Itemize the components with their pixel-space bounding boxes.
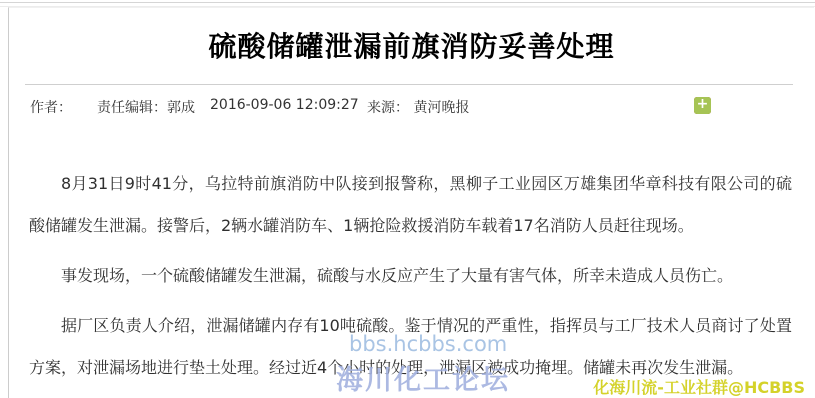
article-title: 硫酸储罐泄漏前旗消防妥善处理 — [19, 31, 804, 63]
article-meta-bar: 作者： 责任编辑：郭成 2016-09-06 12:09:27 来源： 黄河晚报… — [9, 97, 814, 117]
top-divider-line — [0, 2, 815, 3]
article-container: 硫酸储罐泄漏前旗消防妥善处理 作者： 责任编辑：郭成 2016-09-06 12… — [8, 7, 814, 398]
more-share-icon[interactable]: + — [694, 97, 711, 114]
paragraph: 据厂区负责人介绍，泄漏储罐内存有10吨硫酸。鉴于情况的严重性，指挥员与工厂技术人… — [29, 305, 792, 389]
publish-datetime: 2016-09-06 12:09:27 — [210, 97, 359, 113]
paragraph: 事发现场，一个硫酸储罐发生泄漏，硫酸与水反应产生了大量有害气体，所幸未造成人员伤… — [29, 255, 792, 297]
paragraph: 8月31日9时41分，乌拉特前旗消防中队接到报警称，黑柳子工业园区万雄集团华章科… — [29, 163, 792, 247]
source-label: 来源： 黄河晚报 — [367, 97, 469, 117]
editor-label: 责任编辑：郭成 — [97, 97, 195, 117]
plus-glyph: + — [697, 97, 709, 111]
title-separator — [25, 84, 793, 85]
author-label: 作者： — [30, 97, 72, 117]
article-body: 8月31日9时41分，乌拉特前旗消防中队接到报警称，黑柳子工业园区万雄集团华章科… — [29, 117, 792, 389]
